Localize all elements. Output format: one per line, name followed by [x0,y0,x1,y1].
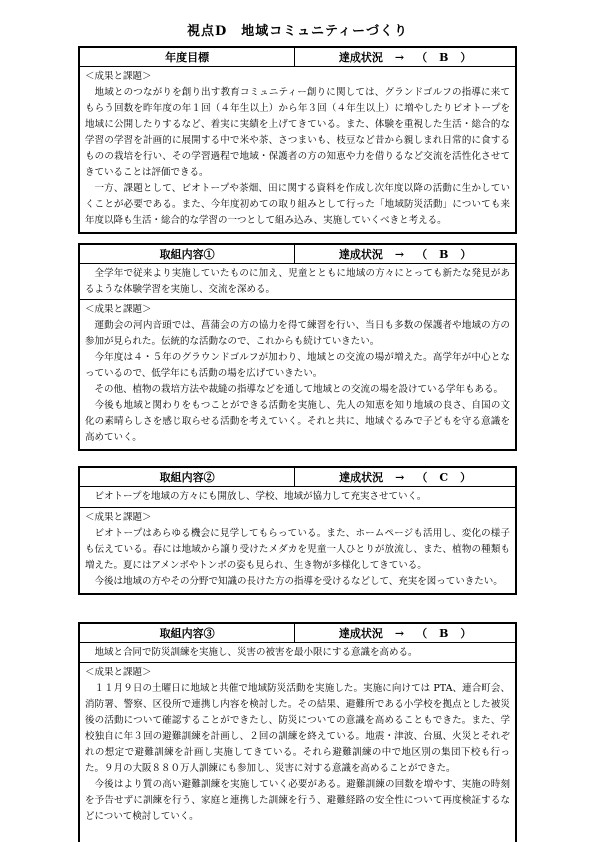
section-title-cell: 年度目標 [80,48,295,66]
table-header-row: 取組内容③ 達成状況 → （ B ） [80,624,515,643]
results-body-cell: ＜成果と課題＞ １１月９日の土曜日に地域と共催で地域防災活動を実施した。実施に向… [80,663,515,842]
initiative-3-table: 取組内容③ 達成状況 → （ B ） 地域と合同で防災訓練を実施し、災害の被害を… [78,622,517,842]
initiative-2-table: 取組内容② 達成状況 → （ C ） ビオトープを地域の方々にも開放し、学校、地… [78,466,517,595]
status-close-paren: ） [460,471,471,484]
paragraph: 地域とのつながりを創り出す教育コミュニティー創りに関しては、グランドゴルフの指導… [85,85,510,181]
status-label: 達成状況 [339,471,383,484]
paragraph: 今年度は４・５年のグラウンドゴルフが加わり、地域との交流の場が増えた。高学年が中… [85,350,510,382]
paragraph: 今後も地域と関わりをもつことができる活動を実施し、先人の知恵を知り地域の良さ、自… [85,398,510,446]
paragraph: 今後はより質の高い避難訓練を実施していく必要がある。避難訓練の回数を増やす、実施… [85,777,510,825]
document-page: 視点D 地域コミュニティーづくり 年度目標 達成状況 → （ B ） ＜成果と課… [0,0,595,842]
goal-text: ビオトープを地域の方々にも開放し、学校、地域が協力して充実させていく。 [85,489,510,505]
goal-row: ビオトープを地域の方々にも開放し、学校、地域が協力して充実させていく。 [80,487,515,508]
page-title: 視点D 地域コミュニティーづくり [0,0,595,39]
paragraph: １１月９日の土曜日に地域と共催で地域防災活動を実施した。実施に向けては PTA、… [85,681,510,777]
paragraph: 今後は地域の方やその分野で知識の長けた方の指導を受けるなどして、充実を図っていき… [85,574,510,590]
achievement-status-cell: 達成状況 → （ B ） [295,48,515,66]
status-close-paren: ） [460,627,471,640]
section-title-cell: 取組内容③ [80,624,295,642]
status-arrow: → [395,471,404,484]
results-body-cell: ＜成果と課題＞ 運動会の河内音頭では、菖蒲会の方の協力を得て練習を行い、当日も多… [80,300,515,449]
status-label: 達成状況 [339,51,383,64]
status-open-paren: （ [416,248,427,261]
status-arrow: → [395,627,404,640]
status-arrow: → [395,248,404,261]
goal-text: 全学年で従来より実施していたものに加え、児童とともに地域の方々にとっても新たな発… [85,266,510,297]
results-issues-heading: ＜成果と課題＞ [85,665,510,681]
paragraph: ビオトープはあらゆる機会に見学してもらっている。また、ホームページも活用し、変化… [85,526,510,574]
section-title-cell: 取組内容① [80,245,295,263]
status-label: 達成状況 [339,248,383,261]
paragraph: 一方、課題として、ビオトープや茶畑、田に関する資料を作成し次年度以降の活動に生か… [85,181,510,229]
annual-goal-table: 年度目標 達成状況 → （ B ） ＜成果と課題＞ 地域とのつながりを創り出す教… [78,46,517,234]
status-label: 達成状況 [339,627,383,640]
results-body-cell: ＜成果と課題＞ ビオトープはあらゆる機会に見学してもらっている。また、ホームペー… [80,508,515,593]
achievement-status-cell: 達成状況 → （ C ） [295,468,515,486]
results-body-cell: ＜成果と課題＞ 地域とのつながりを創り出す教育コミュニティー創りに関しては、グラ… [80,67,515,232]
status-close-paren: ） [460,51,471,64]
status-grade: B [439,248,448,261]
results-issues-heading: ＜成果と課題＞ [85,510,510,526]
paragraph: 運動会の河内音頭では、菖蒲会の方の協力を得て練習を行い、当日も多数の保護者や地域… [85,318,510,350]
status-grade: B [439,51,448,64]
goal-text: 地域と合同で防災訓練を実施し、災害の被害を最小限にする意識を高める。 [85,645,510,661]
status-arrow: → [395,51,404,64]
status-open-paren: （ [416,51,427,64]
goal-row: 地域と合同で防災訓練を実施し、災害の被害を最小限にする意識を高める。 [80,643,515,664]
status-open-paren: （ [416,627,427,640]
status-close-paren: ） [460,248,471,261]
goal-row: 全学年で従来より実施していたものに加え、児童とともに地域の方々にとっても新たな発… [80,264,515,300]
table-header-row: 取組内容① 達成状況 → （ B ） [80,245,515,264]
results-issues-heading: ＜成果と課題＞ [85,302,510,318]
results-issues-heading: ＜成果と課題＞ [85,69,510,85]
status-open-paren: （ [416,471,427,484]
achievement-status-cell: 達成状況 → （ B ） [295,245,515,263]
table-header-row: 年度目標 達成状況 → （ B ） [80,48,515,67]
status-grade: C [439,471,448,484]
paragraph: その他、植物の栽培方法や裁縫の指導などを通して地域との交流の場を設けている学年も… [85,382,510,398]
table-header-row: 取組内容② 達成状況 → （ C ） [80,468,515,487]
status-grade: B [439,627,448,640]
section-title-cell: 取組内容② [80,468,295,486]
initiative-1-table: 取組内容① 達成状況 → （ B ） 全学年で従来より実施していたものに加え、児… [78,243,517,451]
achievement-status-cell: 達成状況 → （ B ） [295,624,515,642]
